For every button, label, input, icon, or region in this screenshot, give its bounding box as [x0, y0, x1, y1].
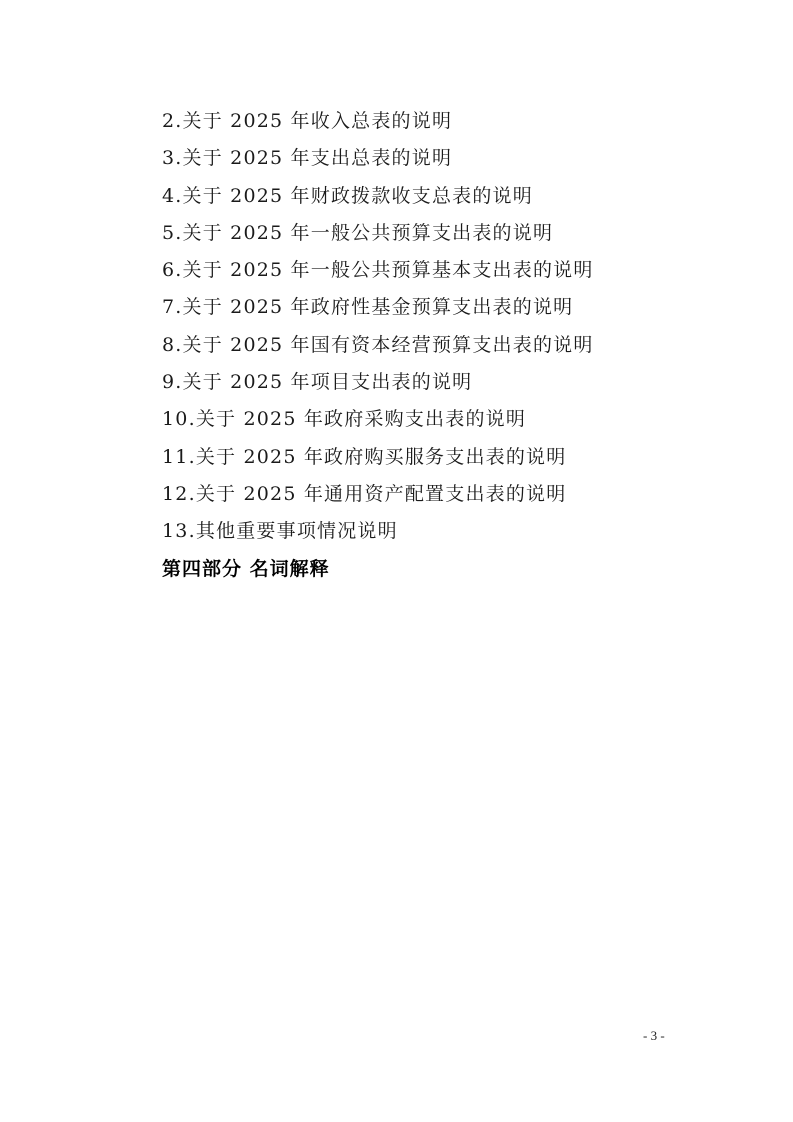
toc-item: 10.关于 2025 年政府采购支出表的说明: [162, 401, 594, 438]
toc-item: 11.关于 2025 年政府购买服务支出表的说明: [162, 439, 594, 476]
toc-item: 4.关于 2025 年财政拨款收支总表的说明: [162, 178, 594, 215]
toc-item: 2.关于 2025 年收入总表的说明: [162, 103, 594, 140]
toc-item: 6.关于 2025 年一般公共预算基本支出表的说明: [162, 252, 594, 289]
toc-item: 9.关于 2025 年项目支出表的说明: [162, 364, 594, 401]
document-page: 2.关于 2025 年收入总表的说明 3.关于 2025 年支出总表的说明 4.…: [0, 0, 793, 1122]
toc-item: 3.关于 2025 年支出总表的说明: [162, 140, 594, 177]
section-heading: 第四部分 名词解释: [162, 551, 594, 588]
toc-item: 8.关于 2025 年国有资本经营预算支出表的说明: [162, 327, 594, 364]
page-number: - 3 -: [643, 1028, 665, 1044]
table-of-contents: 2.关于 2025 年收入总表的说明 3.关于 2025 年支出总表的说明 4.…: [162, 103, 594, 588]
toc-item: 12.关于 2025 年通用资产配置支出表的说明: [162, 476, 594, 513]
toc-item: 5.关于 2025 年一般公共预算支出表的说明: [162, 215, 594, 252]
toc-item: 7.关于 2025 年政府性基金预算支出表的说明: [162, 289, 594, 326]
toc-item: 13.其他重要事项情况说明: [162, 513, 594, 550]
